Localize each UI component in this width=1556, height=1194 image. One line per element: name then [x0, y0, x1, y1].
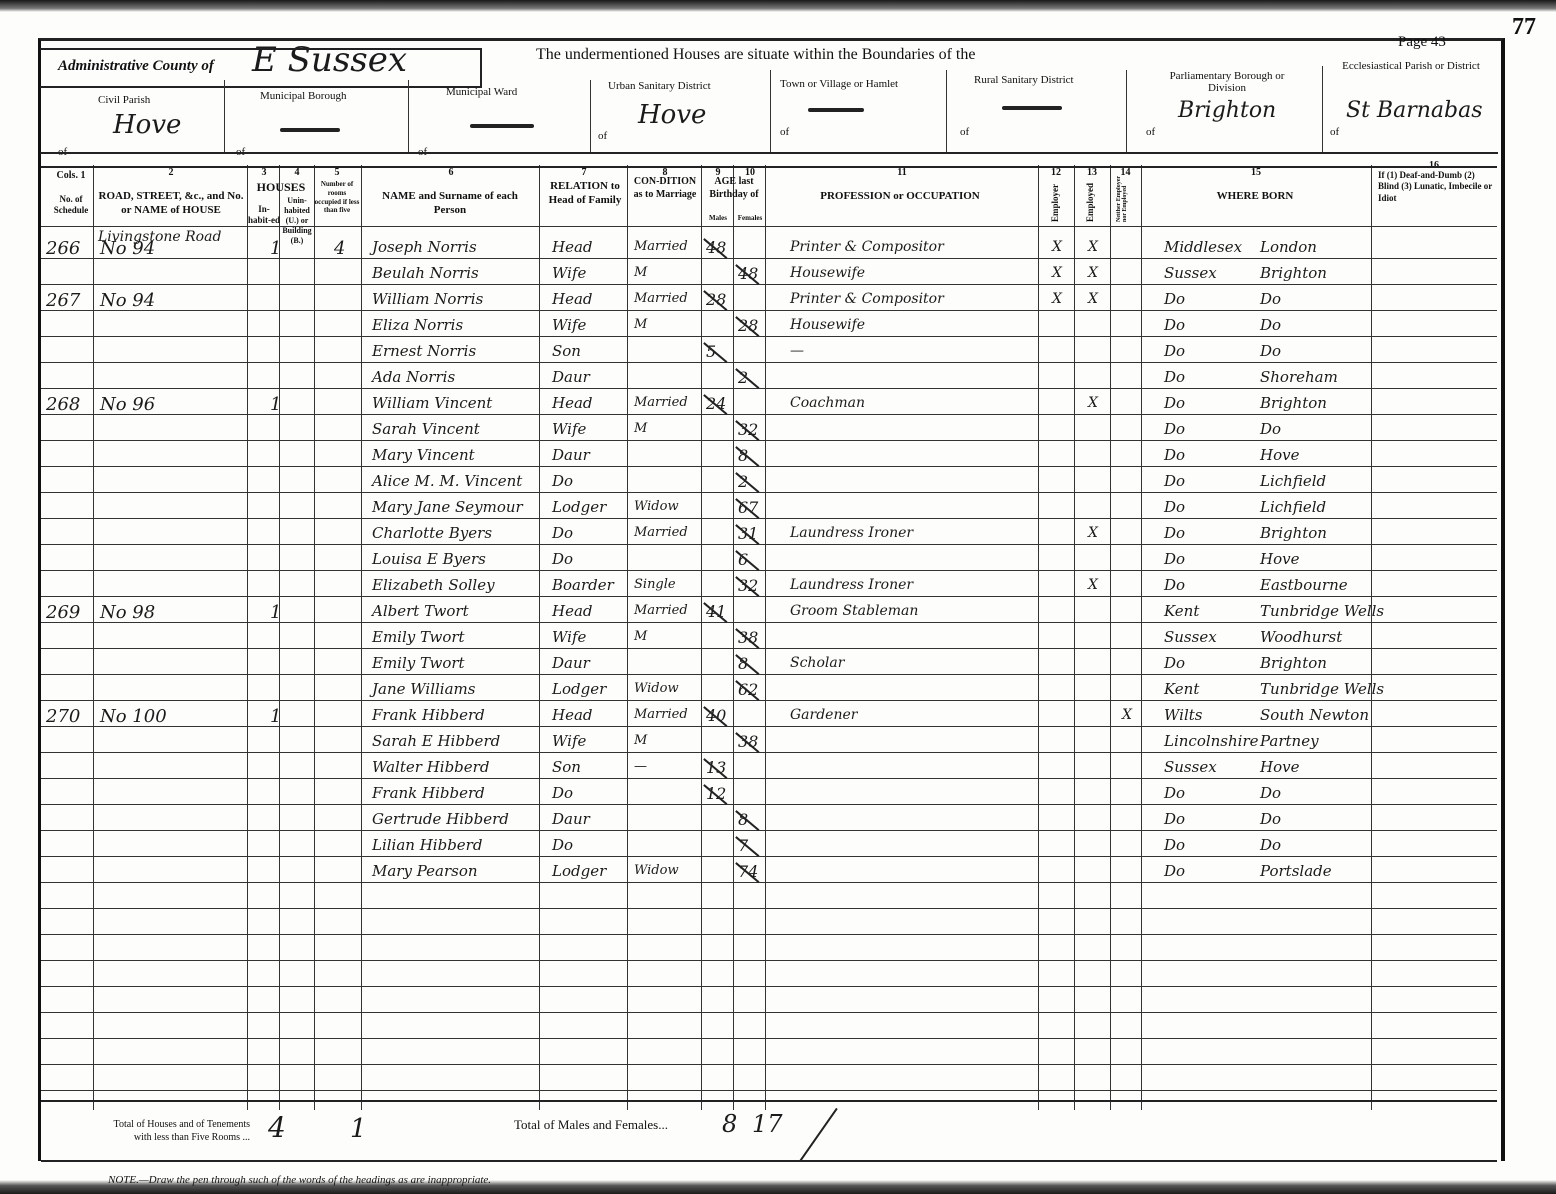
county-box-top: [40, 48, 480, 50]
parliamentary-borough-field: Parliamentary Borough or Division of Bri…: [1146, 74, 1314, 154]
row-condition: M: [634, 734, 647, 747]
row-schedule: 268: [46, 396, 80, 414]
col-divider: [1110, 165, 1111, 1110]
row-born-place: Hove: [1260, 552, 1299, 567]
row-rule: [41, 1038, 1497, 1039]
col-num-2: 2: [94, 167, 248, 178]
row-employer: X: [1052, 266, 1062, 280]
row-condition: Married: [634, 396, 688, 409]
houses-total-value: 4: [268, 1114, 286, 1142]
row-born-county: Do: [1164, 370, 1185, 385]
row-born-county: Do: [1164, 864, 1185, 879]
col-num-1: Cols. 1: [48, 170, 94, 181]
row-born-county: Kent: [1164, 604, 1199, 619]
row-rule: [41, 596, 1497, 597]
row-born-place: Hove: [1260, 448, 1299, 463]
parliamentary-borough-value: Brighton: [1178, 98, 1276, 123]
col-num-6: 6: [362, 167, 540, 178]
row-condition: Single: [634, 578, 676, 591]
row-occupation: Printer & Compositor: [790, 240, 944, 254]
of-label: of: [780, 126, 789, 154]
heading-employer: Employer: [1050, 178, 1060, 222]
row-inhabited: 1: [270, 604, 281, 622]
scan-top-edge: [0, 0, 1556, 12]
row-relation: Do: [552, 552, 573, 567]
row-rule: [41, 518, 1497, 519]
row-occupation: Gardener: [790, 708, 857, 722]
heading-inhabited: In-habit-ed: [248, 204, 280, 227]
rural-sanitary-label: Rural Sanitary District: [974, 74, 1074, 86]
row-house-number: No 94: [100, 292, 155, 310]
row-inhabited: 1: [270, 396, 281, 414]
row-born-county: Do: [1164, 526, 1185, 541]
heading-employed: Employed: [1085, 176, 1095, 222]
row-born-place: Lichfield: [1260, 474, 1326, 489]
row-rule: [41, 388, 1497, 389]
row-relation: Head: [552, 292, 593, 307]
form-note: NOTE.—Draw the pen through such of the w…: [108, 1174, 491, 1186]
heading-name: NAME and Surname of each Person: [370, 190, 530, 218]
row-born-place: Brighton: [1260, 526, 1327, 541]
row-relation: Son: [552, 344, 581, 359]
row-rule: [41, 492, 1497, 493]
row-relation: Head: [552, 604, 593, 619]
town-village-field: Town or Village or Hamlet of: [780, 74, 950, 154]
col-divider: [1038, 165, 1039, 1110]
row-relation: Wife: [552, 422, 586, 437]
row-name: Emily Twort: [372, 630, 465, 645]
row-rule: [41, 674, 1497, 675]
row-relation: Do: [552, 838, 573, 853]
row-born-county: Do: [1164, 344, 1185, 359]
row-born-place: Do: [1260, 318, 1281, 333]
row-born-county: Do: [1164, 812, 1185, 827]
row-condition: Married: [634, 708, 688, 721]
row-rule: [41, 830, 1497, 831]
row-schedule: 267: [46, 292, 80, 310]
row-rule: [41, 258, 1497, 259]
district-divider: [408, 80, 409, 152]
row-born-county: Do: [1164, 500, 1185, 515]
row-relation: Head: [552, 240, 593, 255]
row-rule: [41, 856, 1497, 857]
municipal-ward-label: Municipal Ward: [446, 86, 517, 98]
row-name: Lilian Hibberd: [372, 838, 482, 853]
row-house-number: No 100: [100, 708, 167, 726]
county-label: Administrative County of: [58, 58, 214, 75]
row-house-number: No 96: [100, 396, 155, 414]
row-born-county: Do: [1164, 396, 1185, 411]
heading-rooms: Number of rooms occupied if less than fi…: [314, 180, 360, 215]
row-condition: M: [634, 318, 647, 331]
col-num-3: 3: [248, 167, 280, 178]
urban-sanitary-district-field: Urban Sanitary District of Hove: [598, 74, 768, 154]
row-born-place: South Newton: [1260, 708, 1369, 723]
row-born-county: Do: [1164, 448, 1185, 463]
row-employed: X: [1088, 292, 1098, 306]
row-born-place: London: [1260, 240, 1317, 255]
row-condition: M: [634, 422, 647, 435]
row-inhabited: 1: [270, 240, 281, 258]
row-relation: Wife: [552, 630, 586, 645]
row-born-place: Do: [1260, 786, 1281, 801]
row-born-place: Brighton: [1260, 656, 1327, 671]
row-employed: X: [1088, 266, 1098, 280]
heading-road-house: ROAD, STREET, &c., and No. or NAME of HO…: [94, 190, 248, 218]
row-employed: X: [1088, 526, 1098, 540]
row-relation: Son: [552, 760, 581, 775]
of-label: of: [1146, 126, 1155, 154]
row-name: Walter Hibberd: [372, 760, 489, 775]
boundaries-text: The undermentioned Houses are situate wi…: [536, 46, 975, 64]
town-village-label: Town or Village or Hamlet: [780, 78, 898, 90]
row-neither: X: [1122, 708, 1132, 722]
row-born-county: Kent: [1164, 682, 1199, 697]
header-rule: [40, 152, 1498, 154]
row-condition: M: [634, 266, 647, 279]
row-rule: [41, 284, 1497, 285]
row-born-county: Middlesex: [1164, 240, 1242, 255]
row-born-county: Do: [1164, 318, 1185, 333]
row-relation: Daur: [552, 370, 590, 385]
row-born-county: Do: [1164, 422, 1185, 437]
col-divider: [701, 165, 702, 1110]
row-condition: Married: [634, 240, 688, 253]
col-divider: [361, 165, 362, 1110]
row-name: Albert Twort: [372, 604, 469, 619]
row-rule: [41, 544, 1497, 545]
col-divider: [1371, 165, 1372, 1110]
ecclesiastical-parish-value: St Barnabas: [1346, 98, 1482, 123]
row-occupation: Coachman: [790, 396, 865, 410]
rural-sanitary-district-field: Rural Sanitary District of: [960, 74, 1120, 154]
row-relation: Daur: [552, 448, 590, 463]
district-divider: [224, 80, 225, 152]
district-divider: [770, 70, 771, 152]
row-name: Gertrude Hibberd: [372, 812, 509, 827]
heading-uninhabited: Unin-habited (U.) or Building (B.): [280, 196, 314, 246]
row-rule: [41, 362, 1497, 363]
col-divider: [93, 165, 94, 1110]
row-name: Ada Norris: [372, 370, 455, 385]
row-born-county: Sussex: [1164, 266, 1217, 281]
row-name: Ernest Norris: [372, 344, 476, 359]
row-born-place: Portslade: [1260, 864, 1332, 879]
row-rooms: 4: [334, 240, 345, 258]
row-name: Frank Hibberd: [372, 708, 485, 723]
heading-bottom-rule: [41, 226, 1497, 227]
row-rule: [41, 440, 1497, 441]
row-rule: [41, 648, 1497, 649]
row-schedule: 270: [46, 708, 80, 726]
houses-total-label: Total of Houses and of Tenements with le…: [110, 1118, 250, 1144]
row-condition: Widow: [634, 500, 679, 513]
row-name: Mary Vincent: [372, 448, 475, 463]
row-born-county: Do: [1164, 838, 1185, 853]
ecclesiastical-parish-field: Ecclesiastical Parish or District of St …: [1330, 74, 1490, 154]
row-relation: Lodger: [552, 500, 606, 515]
municipal-borough-label: Municipal Borough: [260, 90, 346, 102]
col-num-12: 12: [1038, 167, 1074, 178]
row-born-place: Tunbridge Wells: [1260, 682, 1384, 697]
row-occupation: Groom Stableman: [790, 604, 918, 618]
row-relation: Wife: [552, 318, 586, 333]
row-born-county: Do: [1164, 292, 1185, 307]
row-relation: Do: [552, 526, 573, 541]
row-born-place: Do: [1260, 422, 1281, 437]
col-divider: [1141, 165, 1142, 1110]
urban-sanitary-label: Urban Sanitary District: [608, 80, 711, 92]
row-born-place: Partney: [1260, 734, 1319, 749]
row-rule: [41, 934, 1497, 935]
row-relation: Wife: [552, 266, 586, 281]
row-name: William Norris: [372, 292, 483, 307]
row-born-place: Eastbourne: [1260, 578, 1348, 593]
row-name: Alice M. M. Vincent: [372, 474, 522, 489]
row-rule: [41, 700, 1497, 701]
col-divider: [1074, 165, 1075, 1110]
folio-number: 77: [1512, 14, 1536, 41]
row-born-county: Lincolnshire: [1164, 734, 1259, 749]
municipal-ward-field: Municipal Ward of: [418, 74, 588, 154]
of-label: of: [598, 130, 607, 154]
urban-sanitary-value: Hove: [638, 100, 706, 130]
row-name: Louisa E Byers: [372, 552, 486, 567]
col-num-5: 5: [314, 167, 360, 178]
heading-houses: HOUSES: [248, 180, 314, 195]
municipal-borough-field: Municipal Borough of: [236, 74, 406, 154]
row-house-number: No 94: [100, 240, 155, 258]
totals-bottom-rule: [41, 1160, 1497, 1162]
row-born-county: Do: [1164, 578, 1185, 593]
row-rule: [41, 622, 1497, 623]
row-occupation: Scholar: [790, 656, 844, 670]
row-relation: Do: [552, 474, 573, 489]
heading-occupation: PROFESSION or OCCUPATION: [780, 190, 1020, 204]
row-employed: X: [1088, 396, 1098, 410]
row-condition: Married: [634, 526, 688, 539]
col-num-11: 11: [766, 167, 1038, 178]
col-divider: [539, 165, 540, 1110]
row-rule: [41, 778, 1497, 779]
civil-parish-value: Hove: [113, 110, 181, 140]
row-rule: [41, 570, 1497, 571]
row-rule: [41, 726, 1497, 727]
row-born-place: Do: [1260, 838, 1281, 853]
district-divider: [590, 80, 591, 152]
row-born-place: Do: [1260, 812, 1281, 827]
row-rule: [41, 1012, 1497, 1013]
row-rule: [41, 752, 1497, 753]
col-divider: [733, 165, 734, 1110]
row-condition: Widow: [634, 682, 679, 695]
row-name: Mary Jane Seymour: [372, 500, 523, 515]
males-total-value: 8: [722, 1112, 737, 1136]
row-born-place: Shoreham: [1260, 370, 1338, 385]
row-house-number: No 98: [100, 604, 155, 622]
totals-top-rule: [41, 1100, 1497, 1102]
persons-total-label: Total of Males and Females...: [514, 1118, 668, 1131]
row-name: Frank Hibberd: [372, 786, 485, 801]
row-relation: Lodger: [552, 682, 606, 697]
row-born-place: Brighton: [1260, 396, 1327, 411]
row-name: Eliza Norris: [372, 318, 463, 333]
district-divider: [946, 70, 947, 152]
row-inhabited: 1: [270, 708, 281, 726]
row-born-place: Do: [1260, 292, 1281, 307]
blank-dash: [1002, 106, 1062, 110]
row-rule: [41, 986, 1497, 987]
row-name: Elizabeth Solley: [372, 578, 495, 593]
row-condition: M: [634, 630, 647, 643]
row-born-county: Do: [1164, 474, 1185, 489]
row-born-place: Tunbridge Wells: [1260, 604, 1384, 619]
row-occupation: —: [790, 344, 804, 358]
row-name: Emily Twort: [372, 656, 465, 671]
row-born-place: Brighton: [1260, 266, 1327, 281]
parliamentary-borough-label: Parliamentary Borough or Division: [1152, 70, 1302, 94]
row-born-county: Wilts: [1164, 708, 1202, 723]
col-num-7: 7: [540, 167, 628, 178]
row-relation: Wife: [552, 734, 586, 749]
of-label: of: [960, 126, 969, 154]
district-divider: [1126, 70, 1127, 152]
civil-parish-label: Civil Parish: [98, 94, 150, 106]
page-label: Page 43: [1398, 34, 1446, 51]
row-name: Jane Williams: [372, 682, 475, 697]
of-label: of: [1330, 126, 1339, 154]
heading-females: Females: [734, 214, 766, 223]
row-rule: [41, 882, 1497, 883]
heading-infirmity: If (1) Deaf-and-Dumb (2) Blind (3) Lunat…: [1378, 170, 1496, 204]
district-divider: [1322, 66, 1323, 152]
col-num-4: 4: [280, 167, 314, 178]
row-relation: Do: [552, 786, 573, 801]
heading-top-rule: [41, 166, 1497, 168]
row-born-place: Do: [1260, 344, 1281, 359]
row-born-place: Lichfield: [1260, 500, 1326, 515]
row-rule: [41, 310, 1497, 311]
row-relation: Head: [552, 396, 593, 411]
heading-schedule: No. of Schedule: [48, 194, 94, 217]
row-born-county: Sussex: [1164, 630, 1217, 645]
row-relation: Daur: [552, 812, 590, 827]
row-employed: X: [1088, 240, 1098, 254]
civil-parish-field: Civil Parish of Hove: [58, 74, 228, 154]
heading-relation: RELATION to Head of Family: [544, 180, 626, 208]
row-occupation: Printer & Compositor: [790, 292, 944, 306]
row-rule: [41, 336, 1497, 337]
row-condition: Married: [634, 292, 688, 305]
row-rule: [41, 960, 1497, 961]
row-born-county: Do: [1164, 656, 1185, 671]
row-name: Beulah Norris: [372, 266, 479, 281]
row-condition: Widow: [634, 864, 679, 877]
heading-age: AGE last Birthday of: [702, 176, 766, 201]
tenements-total-value: 1: [350, 1116, 367, 1142]
row-born-county: Sussex: [1164, 760, 1217, 775]
blank-dash: [808, 108, 864, 112]
heading-condition: CON-DITION as to Marriage: [630, 176, 700, 201]
row-born-county: Do: [1164, 786, 1185, 801]
row-condition: Married: [634, 604, 688, 617]
row-born-place: Hove: [1260, 760, 1299, 775]
row-occupation: Laundress Ironer: [790, 526, 913, 540]
row-rule: [41, 908, 1497, 909]
heading-where-born: WHERE BORN: [1150, 190, 1360, 204]
col-num-15: 15: [1141, 167, 1371, 178]
row-born-place: Woodhurst: [1260, 630, 1342, 645]
row-relation: Daur: [552, 656, 590, 671]
row-name: Charlotte Byers: [372, 526, 492, 541]
row-name: William Vincent: [372, 396, 492, 411]
row-rule: [41, 1090, 1497, 1091]
row-relation: Head: [552, 708, 593, 723]
row-rule: [41, 804, 1497, 805]
heading-males: Males: [702, 214, 734, 223]
row-born-county: Do: [1164, 552, 1185, 567]
row-condition: —: [634, 760, 647, 773]
col-divider: [314, 165, 315, 1110]
row-relation: Boarder: [552, 578, 614, 593]
col-divider: [627, 165, 628, 1110]
row-schedule: 269: [46, 604, 80, 622]
row-rule: [41, 1064, 1497, 1065]
row-schedule: 266: [46, 240, 80, 258]
row-occupation: Housewife: [790, 266, 865, 280]
heading-neither: Neither Employer nor Employed: [1116, 176, 1128, 222]
row-name: Sarah Vincent: [372, 422, 480, 437]
ecclesiastical-parish-label: Ecclesiastical Parish or District: [1336, 60, 1486, 72]
row-relation: Lodger: [552, 864, 606, 879]
col-divider: [247, 165, 248, 1110]
row-name: Joseph Norris: [372, 240, 477, 255]
row-employed: X: [1088, 578, 1098, 592]
blank-dash: [280, 128, 340, 132]
row-rule: [41, 466, 1497, 467]
row-employer: X: [1052, 292, 1062, 306]
blank-dash: [470, 124, 534, 128]
row-employer: X: [1052, 240, 1062, 254]
row-name: Sarah E Hibberd: [372, 734, 500, 749]
females-total-value: 17: [752, 1112, 783, 1136]
row-occupation: Housewife: [790, 318, 865, 332]
row-rule: [41, 414, 1497, 415]
col-divider: [279, 165, 280, 1110]
col-divider: [765, 165, 766, 1110]
row-name: Mary Pearson: [372, 864, 478, 879]
row-occupation: Laundress Ironer: [790, 578, 913, 592]
